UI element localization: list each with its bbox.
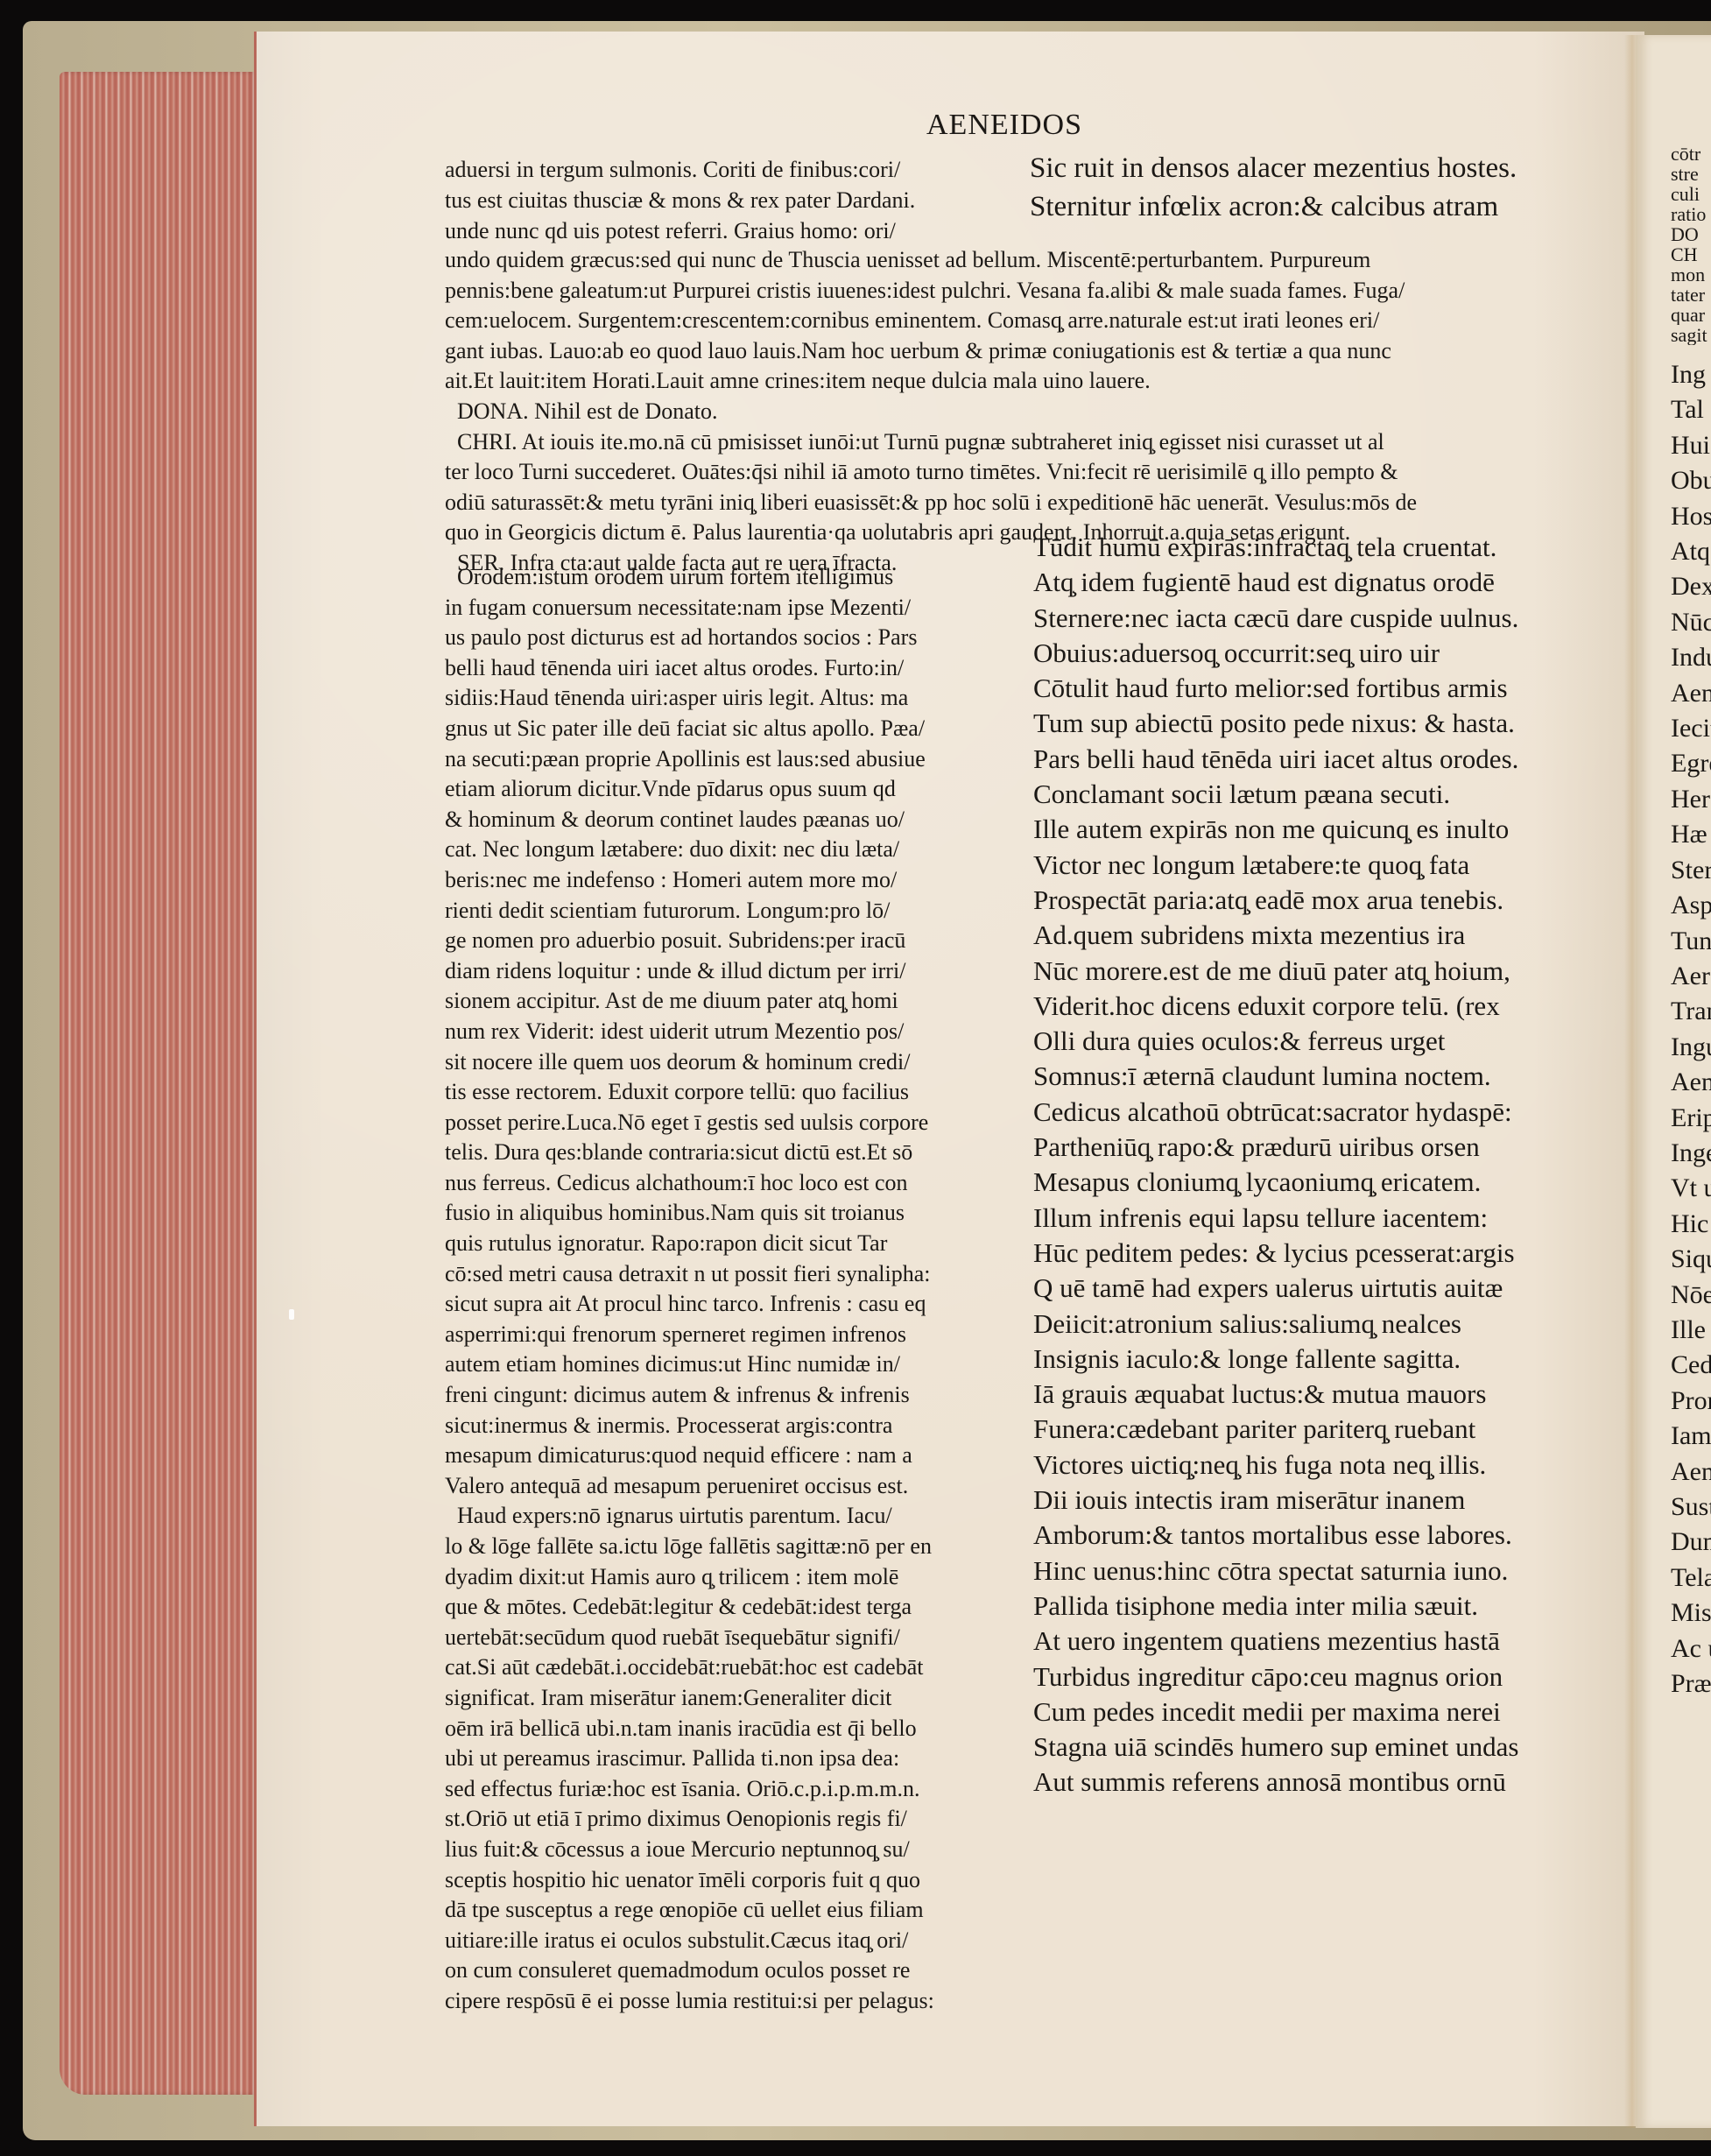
facing-verse-fragment: Missi (1671, 1596, 1711, 1631)
commentary-line: telis. Dura qes:blande contraria:sicut d… (445, 1138, 1032, 1168)
commentary-line: uitiare:ille iratus ei oculos substulit.… (445, 1926, 1032, 1956)
commentary-line: unde nunc qd uis potest referri. Graius … (445, 215, 1005, 246)
commentary-line: fusio in aliquibus hominibus.Nam quis si… (445, 1198, 1032, 1229)
commentary-line: nus ferreus. Cedicus alchathoum:ī hoc lo… (445, 1168, 1032, 1199)
commentary-line: cō:sed metri causa detraxit n ut possit … (445, 1259, 1032, 1290)
facing-verse-fragment: Hos (1671, 499, 1711, 534)
verse-line: Turbidus ingreditur cāpo:ceu magnus orio… (1033, 1659, 1594, 1695)
top-left-commentary: aduersi in tergum sulmonis. Coriti de fi… (445, 154, 1005, 246)
facing-verse-fragment: Vt u (1671, 1171, 1711, 1206)
facing-verse-fragment: Prori (1671, 1384, 1711, 1419)
commentary-line: sidiis:Haud tēnenda uiri:asper uiris leg… (445, 683, 1032, 714)
facing-commentary-fragment: ratio (1671, 204, 1711, 224)
commentary-line: cat. Nec longum lætabere: duo dixit: nec… (445, 835, 1032, 865)
verse-line: Ille autem expirās non me quicunq̧ es in… (1033, 812, 1594, 847)
facing-verse-fragment: Iecit (1671, 711, 1711, 746)
facing-verse-fragment: Hæ (1671, 817, 1711, 852)
facing-verse-fragment: Atq (1671, 534, 1711, 569)
commentary-line: beris:nec me indefenso : Homeri autem mo… (445, 865, 1032, 896)
facing-verse-fragment: Tal (1671, 392, 1711, 427)
verse-line: Nūc morere.est de me diuū pater atq̧ hoi… (1033, 954, 1594, 989)
verse-line: Sternere:nec iacta cæcū dare cuspide uul… (1033, 601, 1594, 636)
facing-commentary-fragment: stre (1671, 164, 1711, 184)
commentary-line: ubi ut pereamus irascimur. Pallida ti.no… (445, 1744, 1032, 1774)
facing-verse-fragment: Ingu (1671, 1030, 1711, 1065)
facing-verse-fragment: Susti (1671, 1490, 1711, 1525)
commentary-line: lo & lōge fallēte sa.ictu lōge fallētis … (445, 1532, 1032, 1562)
commentary-line: significat. Iram miserātur ianem:General… (445, 1683, 1032, 1714)
commentary-line: gnus ut Sic pater ille deū faciat sic al… (445, 714, 1032, 744)
verse-line: Tūdit humū expirās:infractaq̧ tela cruen… (1033, 530, 1594, 565)
commentary-line: sed effectus furiæ:hoc est īsania. Oriō.… (445, 1774, 1032, 1805)
full-width-commentary: undo quidem græcus:sed qui nunc de Thusc… (445, 245, 1592, 579)
verse-line: Mesapus cloniumq̧ lycaoniumq̧ ericatem. (1033, 1165, 1594, 1200)
facing-commentary-fragment: culi (1671, 184, 1711, 204)
commentary-line: sit nocere ille quem uos deorum & hominu… (445, 1047, 1032, 1078)
commentary-line: aduersi in tergum sulmonis. Coriti de fi… (445, 154, 1005, 185)
top-right-verse: Sic ruit in densos alacer mezentius host… (1030, 149, 1590, 226)
verse-line: Sternitur infœlix acron:& calcibus atram (1030, 187, 1590, 226)
verse-line: Funera:cædebant pariter pariterq̧ rueban… (1033, 1412, 1594, 1447)
facing-commentary-fragment: sagit (1671, 325, 1711, 345)
verse-line: Somnus:ī æternā claudunt lumina noctem. (1033, 1059, 1594, 1094)
facing-verse-fragment: Inger (1671, 1136, 1711, 1171)
commentary-line: & hominum & deorum continet laudes pæana… (445, 805, 1032, 835)
commentary-line: uertebāt:secūdum quod ruebāt īsequebātur… (445, 1623, 1032, 1653)
verse-line: Viderit.hoc dicens eduxit corpore telū. … (1033, 989, 1594, 1024)
verse-line: Hūc peditem pedes: & lycius pcesserat:ar… (1033, 1236, 1594, 1271)
commentary-line: belli haud tēnenda uiri iacet altus orod… (445, 653, 1032, 684)
verse-line: Cōtulit haud furto melior:sed fortibus a… (1033, 671, 1594, 706)
facing-commentary-fragment: mon (1671, 264, 1711, 285)
commentary-line: ait.Et lauit:item Horati.Lauit amne crin… (445, 366, 1592, 397)
commentary-line: mesapum dimicaturus:quod nequid efficere… (445, 1441, 1032, 1471)
verse-line: Conclamant socii lætum pæana secuti. (1033, 777, 1594, 812)
commentary-line: cat.Si aūt cædebāt.i.occidebāt:ruebāt:ho… (445, 1652, 1032, 1683)
facing-verse-fragment: Aene (1671, 1455, 1711, 1490)
commentary-line: Valero antequā ad mesapum perueniret occ… (445, 1471, 1032, 1502)
facing-verse-fragment: Hic n (1671, 1207, 1711, 1242)
facing-verse-fragment: Asp (1671, 888, 1711, 923)
verse-column: Tūdit humū expirās:infractaq̧ tela cruen… (1033, 530, 1594, 1800)
commentary-line: tis esse rectorem. Eduxit corpore tellū:… (445, 1077, 1032, 1108)
facing-commentary-fragment: quar (1671, 305, 1711, 325)
verse-line: Prospectāt paria:atq̧ eadē mox arua tene… (1033, 883, 1594, 918)
commentary-line: st.Oriō ut etiā ī primo diximus Oenopion… (445, 1804, 1032, 1835)
verse-line: Victor nec longum lætabere:te quoq̧ fata (1033, 848, 1594, 883)
commentary-line: in fugam conuersum necessitate:nam ipse … (445, 593, 1032, 624)
facing-verse-fragment: Ille p (1671, 1313, 1711, 1348)
facing-verse-fragment: Siqu (1671, 1242, 1711, 1277)
commentary-line: ter loco Turni succederet. Ouātes:q̄si n… (445, 457, 1592, 488)
facing-verse-fragment: Telac (1671, 1561, 1711, 1596)
verse-line: Cedicus alcathoū obtrūcat:sacrator hydas… (1033, 1095, 1594, 1130)
commentary-line: gant iubas. Lauo:ab eo quod lauo lauis.N… (445, 336, 1592, 367)
commentary-line: ge nomen pro aduerbio posuit. Subridens:… (445, 926, 1032, 956)
verse-line: Hinc uenus:hinc cōtra spectat saturnia i… (1033, 1554, 1594, 1589)
facing-verse-fragment: Tun (1671, 924, 1711, 959)
facing-commentary-fragment: DO (1671, 224, 1711, 244)
commentary-line: sceptis hospitio hic uenator īmēli corpo… (445, 1865, 1032, 1896)
commentary-line: diam ridens loquitur : unde & illud dict… (445, 956, 1032, 987)
facing-verse-fragment: Aere (1671, 959, 1711, 994)
facing-page-verse-fragment: IngTalHuiObuHosAtqDexNūcInduAenIecitEgre… (1671, 357, 1711, 1702)
verse-line: Ad.quem subridens mixta mezentius ira (1033, 918, 1594, 953)
commentary-line: on cum consuleret quemadmodum oculos pos… (445, 1955, 1032, 1986)
commentary-line: que & mōtes. Cedebāt:legitur & cedebāt:i… (445, 1592, 1032, 1623)
red-stained-fore-edge (60, 72, 257, 2095)
facing-commentary-fragment: CH (1671, 244, 1711, 264)
verse-line: Dii iouis intectis iram miserātur inanem (1033, 1483, 1594, 1518)
facing-page-commentary-fragment: cōtrstreculiratioDOCHmontaterquarsagit (1671, 144, 1711, 345)
facing-page-text-fragment: cōtrstreculiratioDOCHmontaterquarsagit I… (1671, 144, 1711, 1702)
commentary-line: undo quidem græcus:sed qui nunc de Thusc… (445, 245, 1592, 276)
commentary-line: CHRI. At iouis ite.mo.nā cū pmisisset iu… (445, 427, 1592, 458)
facing-verse-fragment: Ac ue (1671, 1631, 1711, 1666)
facing-verse-fragment: Dum (1671, 1525, 1711, 1560)
commentary-line: quis rutulus ignoratur. Rapo:rapon dicit… (445, 1229, 1032, 1259)
commentary-line: cem:uelocem. Surgentem:crescentem:cornib… (445, 306, 1592, 336)
verse-line: Iā grauis æquabat luctus:& mutua mauors (1033, 1377, 1594, 1412)
verse-line: At uero ingentem quatiens mezentius hast… (1033, 1624, 1594, 1659)
commentary-line: lius fuit:& cōcessus a ioue Mercurio nep… (445, 1835, 1032, 1865)
verse-line: Sic ruit in densos alacer mezentius host… (1030, 149, 1590, 187)
verse-line: Partheniūq̧ rapo:& prædurū uiribus orsen (1033, 1130, 1594, 1165)
commentary-line: num rex Viderit: idest uiderit utrum Mez… (445, 1017, 1032, 1047)
commentary-line: pennis:bene galeatum:ut Purpurei cristis… (445, 276, 1592, 306)
facing-verse-fragment: Tran (1671, 994, 1711, 1029)
verse-line: Insignis iaculo:& longe fallente sagitta… (1033, 1342, 1594, 1377)
verse-line: Pallida tisiphone media inter milia sæui… (1033, 1589, 1594, 1624)
facing-verse-fragment: Nōe (1671, 1278, 1711, 1313)
facing-verse-fragment: Præc (1671, 1666, 1711, 1702)
commentary-line: autem etiam homines dicimus:ut Hinc numi… (445, 1349, 1032, 1380)
commentary-line: cipere respōsū ē ei posse lumia restitui… (445, 1986, 1032, 2017)
commentary-line: Orodem:istum orodem uirum fortem itellig… (445, 562, 1032, 593)
commentary-line: freni cingunt: dicimus autem & infrenus … (445, 1380, 1032, 1411)
verse-line: Victores uictiq̧:neq̧ his fuga nota neq̧… (1033, 1448, 1594, 1483)
verse-line: Cum pedes incedit medii per maxima nerei (1033, 1695, 1594, 1730)
facing-verse-fragment: Obu (1671, 463, 1711, 498)
facing-verse-fragment: Aen (1671, 676, 1711, 711)
commentary-line: sicut supra ait At procul hinc tarco. In… (445, 1289, 1032, 1320)
commentary-line: DONA. Nihil est de Donato. (445, 397, 1592, 427)
verse-line: Olli dura quies oculos:& ferreus urget (1033, 1024, 1594, 1059)
commentary-line: dyadim dixit:ut Hamis auro q̧ trilicem :… (445, 1562, 1032, 1593)
commentary-line: oēm irā bellicā ubi.n.tam inanis iracūdi… (445, 1714, 1032, 1744)
commentary-line: asperrimi:qui frenorum sperneret regimen… (445, 1320, 1032, 1350)
verse-line: Q uē tamē had expers ualerus uirtutis au… (1033, 1271, 1594, 1306)
facing-verse-fragment: Aene (1671, 1065, 1711, 1100)
running-head: AENEIDOS (926, 109, 1082, 142)
paper-fleck (289, 1309, 294, 1320)
commentary-line: sionem accipitur. Ast de me diuum pater … (445, 986, 1032, 1017)
commentary-line: na secuti:pæan proprie Apollinis est lau… (445, 744, 1032, 775)
commentary-line: odiū saturassēt:& metu tyrāni iniq̧ libe… (445, 488, 1592, 518)
verse-line: Deiicit:atronium salius:saliumq̧ nealces (1033, 1307, 1594, 1342)
facing-verse-fragment: Egre (1671, 746, 1711, 781)
facing-verse-fragment: Her (1671, 782, 1711, 817)
commentary-line: posset perire.Luca.Nō eget ī gestis sed … (445, 1108, 1032, 1138)
verse-line: Illum infrenis equi lapsu tellure iacent… (1033, 1201, 1594, 1236)
verse-line: Obuius:aduersoq̧ occurrit:seq̧ uiro uir (1033, 636, 1594, 671)
verse-line: Tum sup abiectū posito pede nixus: & has… (1033, 706, 1594, 741)
verse-line: Atq̧ idem fugientē haud est dignatus oro… (1033, 565, 1594, 600)
verse-line: Aut summis referens annosā montibus ornū (1033, 1765, 1594, 1800)
facing-verse-fragment: Nūc (1671, 605, 1711, 640)
facing-verse-fragment: Ing (1671, 357, 1711, 392)
commentary-line: us paulo post dicturus est ad hortandos … (445, 623, 1032, 653)
facing-verse-fragment: Erip (1671, 1101, 1711, 1136)
facing-verse-fragment: Hui (1671, 428, 1711, 463)
facing-verse-fragment: Dex (1671, 569, 1711, 604)
verse-line: Pars belli haud tēnēda uiri iacet altus … (1033, 742, 1594, 777)
commentary-line: Haud expers:nō ignarus uirtutis parentum… (445, 1501, 1032, 1532)
verse-line: Amborum:& tantos mortalibus esse labores… (1033, 1518, 1594, 1553)
verse-line: Stagna uiā scindēs humero sup eminet und… (1033, 1730, 1594, 1765)
facing-verse-fragment: Iamq (1671, 1419, 1711, 1454)
commentary-line: dā tpe susceptus a rege œnopiōe cū uelle… (445, 1895, 1032, 1926)
facing-commentary-fragment: cōtr (1671, 144, 1711, 164)
commentary-line: tus est ciuitas thusciæ & mons & rex pat… (445, 185, 1005, 215)
facing-verse-fragment: Ster (1671, 853, 1711, 888)
facing-commentary-fragment: tater (1671, 285, 1711, 305)
facing-verse-fragment: Indu (1671, 640, 1711, 675)
facing-verse-fragment: Cede (1671, 1348, 1711, 1383)
commentary-line: rienti dedit scientiam futurorum. Longum… (445, 896, 1032, 927)
commentary-line: sicut:inermus & inermis. Processerat arg… (445, 1411, 1032, 1441)
commentary-column: Orodem:istum orodem uirum fortem itellig… (445, 562, 1032, 2017)
commentary-line: etiam aliorum dicitur.Vnde pīdarus opus … (445, 774, 1032, 805)
